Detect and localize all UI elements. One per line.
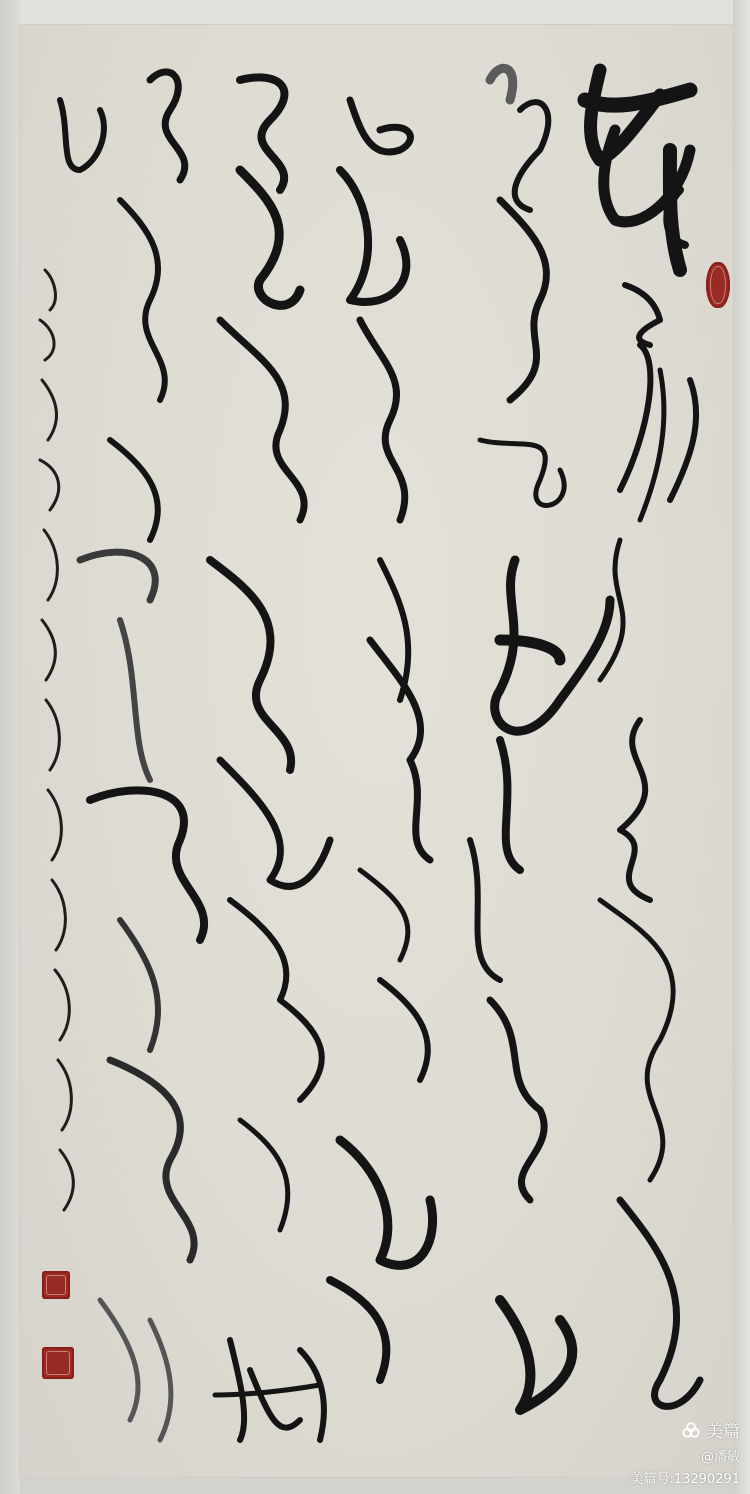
meipian-watermark-brand: 美篇 [682,1417,740,1442]
column-3 [330,100,433,1380]
watermark-username: @潘敏 [701,1446,740,1465]
name-seal [42,1271,70,1299]
column-5 [60,72,204,1440]
watermark-account-id: 美篇号:13290291 [630,1468,740,1487]
meipian-logo-icon [682,1421,700,1439]
column-4 [210,77,330,1440]
column-2 [470,68,610,1410]
calligraphy-ink-strokes [0,0,750,1494]
column-1 [585,70,700,1406]
lead-seal [706,262,730,308]
brand-name: 美篇 [706,1417,740,1442]
inscription-column [40,270,73,1210]
style-seal [42,1347,74,1379]
